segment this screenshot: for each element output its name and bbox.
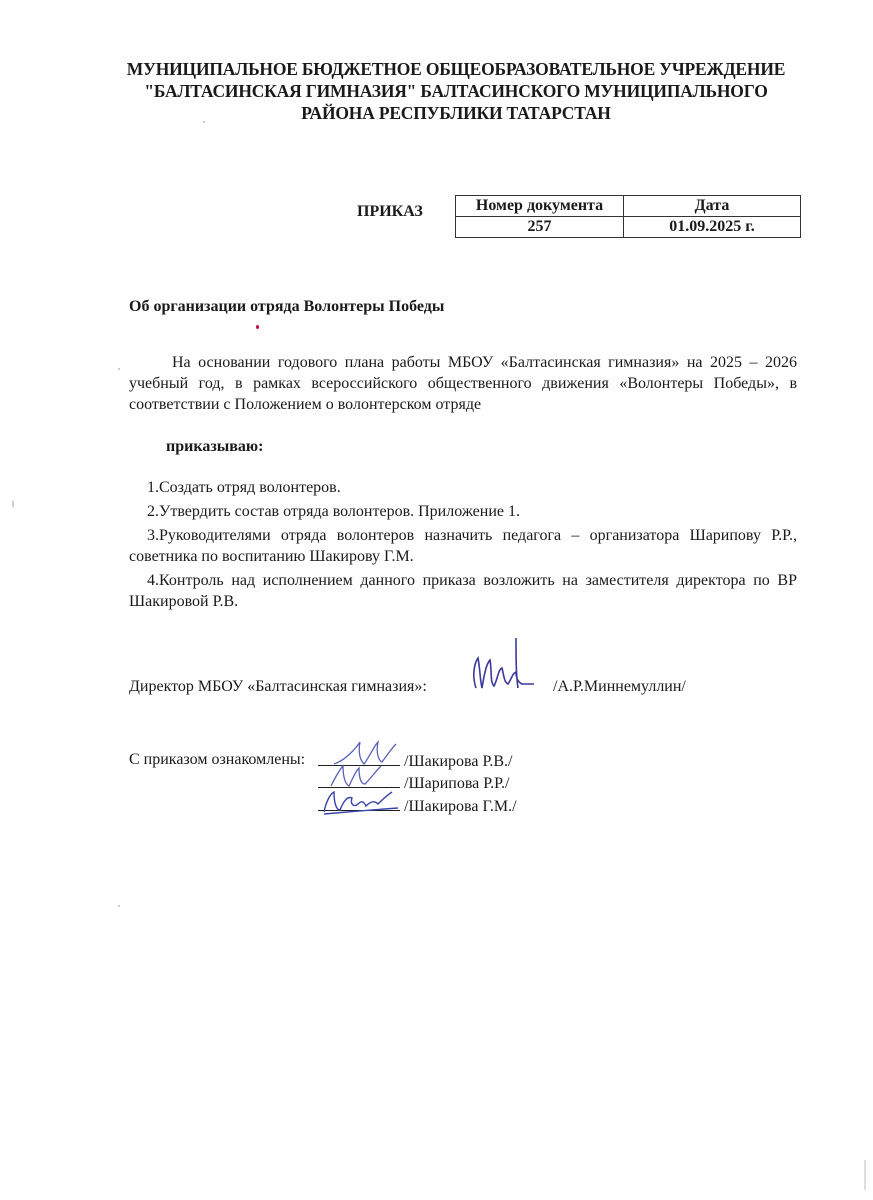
order-items-list: 1.Создать отряд волонтеров. 2.Утвердить … [129, 477, 797, 615]
table-header-row: Номер документа Дата [456, 196, 801, 217]
scan-edge [864, 1160, 866, 1190]
order-item: 1.Создать отряд волонтеров. [129, 477, 797, 498]
document-meta-table: Номер документа Дата 257 01.09.2025 г. [455, 195, 801, 238]
ack-person-name: /Шарипова Р.Р./ [404, 775, 510, 792]
doc-number-value: 257 [456, 217, 624, 238]
institution-header: МУНИЦИПАЛЬНОЕ БЮДЖЕТНОЕ ОБЩЕОБРАЗОВАТЕЛЬ… [100, 58, 812, 124]
table-row: 257 01.09.2025 г. [456, 217, 801, 238]
acknowledgement-label: С приказом ознакомлены: [129, 751, 305, 769]
order-item: 4.Контроль над исполнением данного прика… [129, 570, 797, 612]
header-line: "БАЛТАСИНСКАЯ ГИМНАЗИЯ" БАЛТАСИНСКОГО МУ… [100, 80, 812, 102]
order-directive: приказываю: [166, 438, 263, 456]
header-line: МУНИЦИПАЛЬНОЕ БЮДЖЕТНОЕ ОБЩЕОБРАЗОВАТЕЛЬ… [100, 58, 812, 80]
ack-person-name: /Шакирова Р.В./ [404, 753, 512, 770]
doc-date-header: Дата [624, 196, 801, 217]
scan-speck [118, 368, 120, 370]
scan-speck [203, 121, 205, 123]
doc-number-header: Номер документа [456, 196, 624, 217]
ack-person-name: /Шакирова Г.М./ [404, 798, 517, 815]
header-line: РАЙОНА РЕСПУБЛИКИ ТАТАРСТАН [100, 102, 812, 124]
document-type-label: ПРИКАЗ [357, 203, 423, 221]
doc-date-value: 01.09.2025 г. [624, 217, 801, 238]
signature-3-icon [320, 786, 402, 816]
scan-speck [118, 905, 120, 907]
scan-speck [12, 500, 14, 508]
document-page: МУНИЦИПАЛЬНОЕ БЮДЖЕТНОЕ ОБЩЕОБРАЗОВАТЕЛЬ… [0, 0, 873, 1200]
director-position: Директор МБОУ «Балтасинская гимназия»: [129, 678, 427, 696]
director-signature-icon [468, 628, 538, 698]
director-name: /А.Р.Миннемуллин/ [553, 678, 686, 696]
order-item: 3.Руководителями отряда волонтеров назна… [129, 525, 797, 567]
order-subject: Об организации отряда Волонтеры Победы [129, 298, 444, 316]
red-mark-dot [256, 325, 259, 329]
order-item: 2.Утвердить состав отряда волонтеров. Пр… [129, 501, 797, 522]
preamble-paragraph: На основании годового плана работы МБОУ … [129, 352, 797, 415]
